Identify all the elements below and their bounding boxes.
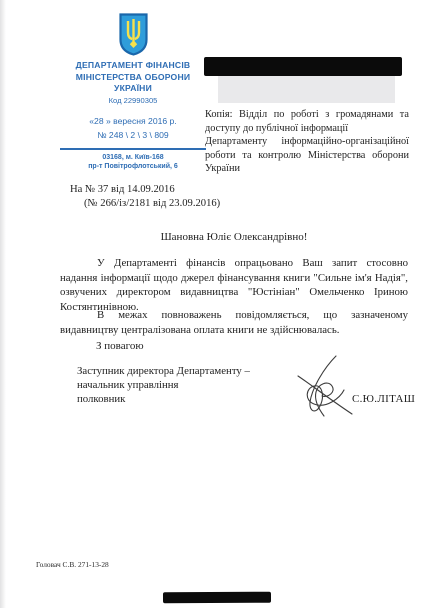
redaction-bar-bottom [163,592,271,604]
org-name-line1: ДЕПАРТАМЕНТ ФІНАНСІВ [58,60,208,72]
copy-paragraph-2: Департаменту інформаційно-організаційної… [205,135,409,176]
document-date: «28 » вересня 2016 р. [58,116,208,126]
signer-title-line1: Заступник директора Департаменту – [77,365,250,379]
org-name-line3: УКРАЇНИ [58,83,208,95]
salutation: Шановна Юліє Олександрівно! [60,231,408,243]
ukraine-coat-of-arms-icon [118,13,149,56]
reference-line2: (№ 266/із/2181 від 23.09.2016) [70,197,220,211]
copy-paragraph-1: Копія: Відділ по роботі з громадянами та… [205,108,409,135]
executor-contact: Головач С.В. 271-13-28 [36,560,109,569]
document-number: № 248 \ 2 \ 3 \ 809 [58,130,208,140]
scanned-letter-page: ДЕПАРТАМЕНТ ФІНАНСІВ МІНІСТЕРСТВА ОБОРОН… [0,0,430,608]
copy-routing-block: Копія: Відділ по роботі з громадянами та… [205,108,409,176]
signer-title-line2: начальник управління [77,379,250,393]
org-address-line2: пр-т Повітрофлотський, 6 [58,162,208,172]
org-code: Код 22990305 [58,96,208,105]
letterhead-divider [60,148,206,150]
signer-titles: Заступник директора Департаменту – начал… [77,365,250,406]
handwritten-signature [294,354,358,420]
reference-block: На № 37 від 14.09.2016 (№ 266/із/2181 ві… [70,183,220,211]
org-address-line1: 03168, м. Київ-168 [58,153,208,163]
signer-title-line3: полковник [77,393,250,407]
org-address: 03168, м. Київ-168 пр-т Повітрофлотський… [58,153,208,172]
reference-line1: На № 37 від 14.09.2016 [70,183,220,197]
closing-phrase: З повагою [96,340,144,352]
redaction-bar-addressee [204,57,402,76]
org-name-line2: МІНІСТЕРСТВА ОБОРОНИ [58,72,208,84]
letterhead: ДЕПАРТАМЕНТ ФІНАНСІВ МІНІСТЕРСТВА ОБОРОН… [58,13,208,172]
signer-name: С.Ю.ЛІТАШ [352,393,415,405]
redaction-block-addressee [218,76,395,103]
body-paragraph-2: В межах повноважень повідомляється, що з… [60,308,408,337]
org-name: ДЕПАРТАМЕНТ ФІНАНСІВ МІНІСТЕРСТВА ОБОРОН… [58,60,208,95]
body-paragraph-1: У Департаменті фінансів опрацьовано Ваш … [60,256,408,314]
